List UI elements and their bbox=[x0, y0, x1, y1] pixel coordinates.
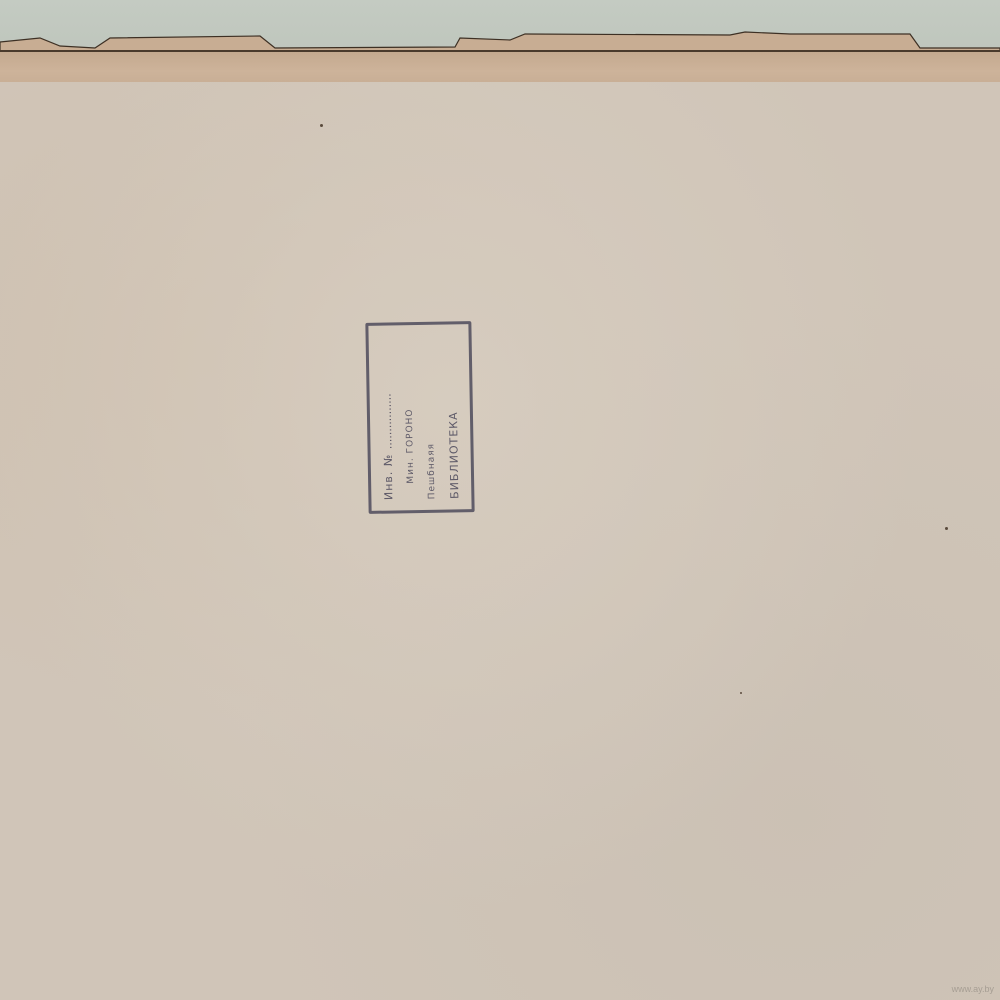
stamp-inventory-label: Инв. № bbox=[381, 453, 395, 500]
stamp-line-3: Мин. ГОРОНО bbox=[403, 330, 416, 505]
torn-paper-edge bbox=[0, 30, 1000, 52]
stamp-line-2: Пешбнаяя bbox=[424, 330, 437, 505]
book-edge-band bbox=[0, 50, 1000, 84]
paper-speck bbox=[945, 527, 948, 530]
stamp-inventory-value: ................ bbox=[380, 393, 394, 449]
watermark-text: www.ay.by bbox=[952, 984, 994, 994]
endpaper-page bbox=[0, 82, 1000, 1000]
paper-speck bbox=[320, 124, 323, 127]
stamp-line-1: БИБЛИОТЕКА bbox=[445, 329, 461, 504]
library-stamp: Инв. № ................ Мин. ГОРОНО Пешб… bbox=[365, 321, 474, 514]
stamp-text-block: Инв. № ................ Мин. ГОРОНО Пешб… bbox=[373, 329, 466, 506]
paper-speck bbox=[740, 692, 742, 694]
stamp-inventory-line: Инв. № ................ bbox=[379, 330, 395, 505]
